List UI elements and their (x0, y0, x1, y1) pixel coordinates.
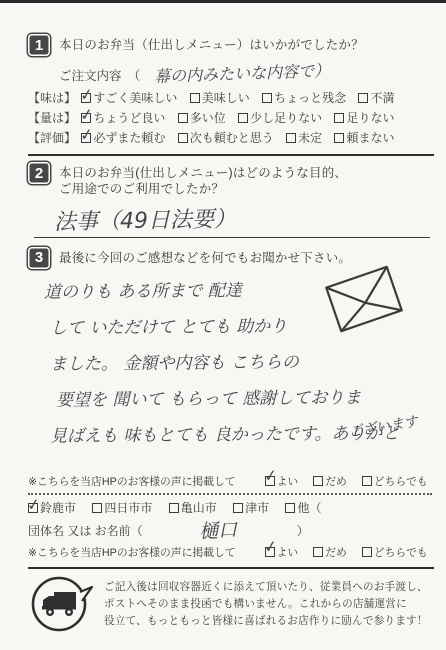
check-mark: ✓ (79, 84, 95, 106)
checkbox[interactable]: ✓ (169, 503, 179, 513)
checkbox[interactable]: ✓ (285, 503, 295, 513)
section-2-badge: 2 (28, 162, 50, 184)
option-label: 頼まない (346, 131, 394, 145)
checkbox[interactable]: ✓ (362, 476, 372, 486)
comment-line: して いただけて とても 助かり (50, 307, 434, 346)
option-label: だめ (325, 547, 347, 559)
checkbox[interactable]: ✓ (313, 476, 323, 486)
checkbox[interactable]: ✓ (92, 503, 102, 513)
checkbox[interactable]: ✓ (358, 93, 368, 103)
publish1-option-yoi[interactable]: ✓よい (265, 476, 299, 488)
section-2-question: 本日のお弁当(仕出しメニュー)はどのような目的、 ご用途でのご利用でしたか？ (59, 162, 347, 198)
publish-consent-row-2: ※こちらを当店HPのお客様の声に掲載して ✓よい ✓だめ ✓どちらでも (28, 545, 434, 561)
comment-handwritten-area[interactable]: 道のりも ある所まで 配達 して いただけて とても 助かり ました。 金額や内… (34, 273, 434, 471)
comment-line: ました。 金額や内容も こちらの (50, 343, 434, 382)
checkbox-option-amount-3[interactable]: ✓少し足りない (238, 111, 322, 125)
option-label: 次も頼むと思う (190, 131, 274, 145)
section-3-question: 最後に今回のご感想などを何でもお聞かせ下さい。 (59, 247, 351, 266)
checkbox[interactable]: ✓ (81, 113, 91, 123)
checkbox[interactable]: ✓ (313, 547, 323, 557)
checkbox-option-rating-3[interactable]: ✓未定 (286, 131, 322, 145)
purpose-handwritten-answer[interactable]: 法事（49日法要） (54, 198, 434, 236)
option-label: 足りない (346, 111, 394, 125)
rating-row: 【評価】 ✓必ずまた頼む ✓次も頼むと思う ✓未定 ✓頼まない (28, 128, 434, 148)
survey-form-page: 1 本日のお弁当（仕出しメニュー）はいかがでしたか？ ご注文内容 （ 幕の内みた… (0, 0, 446, 650)
option-label: 津市 (245, 501, 269, 515)
city-option-tsu[interactable]: ✓津市 (233, 501, 269, 515)
option-label: 四日市市 (104, 501, 152, 515)
order-content-label: ご注文内容 （ (59, 66, 140, 84)
comment-line: 要望を 聞いて もらって 感謝しておりま (56, 379, 434, 418)
check-mark: ✓ (263, 538, 279, 556)
publish2-option-yoi[interactable]: ✓よい (265, 547, 299, 559)
delivery-truck-icon (30, 575, 94, 633)
name-close-paren: ） (297, 520, 309, 542)
option-label: ちょうど良い (93, 111, 165, 125)
taste-row-label: 【味は】 (28, 91, 76, 105)
section-3-badge: 3 (28, 247, 50, 269)
option-label: よい (277, 547, 299, 559)
city-option-yokkaichi[interactable]: ✓四日市市 (92, 501, 152, 515)
scan-edge-line (0, 0, 446, 3)
checkbox-option-amount-4[interactable]: ✓足りない (334, 111, 394, 125)
section-2-header: 2 本日のお弁当(仕出しメニュー)はどのような目的、 ご用途でのご利用でしたか？ (28, 162, 434, 198)
option-label: 美味しい (202, 91, 250, 105)
option-label: すごく美味しい (93, 91, 177, 105)
option-label: 他（ (297, 501, 321, 515)
section-2-question-line2: ご用途でのご利用でしたか？ (59, 182, 224, 196)
checkbox[interactable]: ✓ (265, 476, 275, 486)
publish2-option-dame[interactable]: ✓だめ (313, 547, 347, 559)
checkbox-option-taste-1[interactable]: ✓すごく美味しい (81, 91, 177, 105)
checkbox[interactable]: ✓ (334, 133, 344, 143)
checkbox[interactable]: ✓ (286, 133, 296, 143)
option-label: よい (277, 476, 299, 488)
checkbox[interactable]: ✓ (262, 93, 272, 103)
publish-consent-label: ※こちらを当店HPのお客様の声に掲載して (28, 547, 236, 559)
footer-line-1: ご記入後は回収容器近くに添えて頂いたり、従業員へのお手渡し、 (104, 579, 428, 596)
check-mark: ✓ (263, 467, 279, 485)
check-mark: ✓ (26, 494, 42, 516)
checkbox[interactable]: ✓ (178, 113, 188, 123)
city-option-other[interactable]: ✓他（ (285, 501, 321, 515)
section-divider (28, 154, 434, 156)
residence-city-row: ✓鈴鹿市 ✓四日市市 ✓亀山市 ✓津市 ✓他（ ） (28, 498, 434, 518)
checkbox[interactable]: ✓ (362, 547, 372, 557)
section-1-question: 本日のお弁当（仕出しメニュー）はいかがでしたか？ (59, 34, 364, 53)
option-label: どちらでも (374, 547, 428, 559)
option-label: 未定 (298, 131, 322, 145)
check-mark: ✓ (79, 124, 95, 146)
option-label: 亀山市 (181, 501, 217, 515)
checkbox-option-taste-3[interactable]: ✓ちょっと残念 (262, 91, 346, 105)
checkbox[interactable]: ✓ (265, 547, 275, 557)
option-label: 多い位 (190, 111, 226, 125)
checkbox-option-taste-4[interactable]: ✓不満 (358, 91, 394, 105)
checkbox-option-amount-2[interactable]: ✓多い位 (178, 111, 226, 125)
checkbox[interactable]: ✓ (190, 93, 200, 103)
publish2-option-dochirademo[interactable]: ✓どちらでも (362, 547, 428, 559)
city-option-kameyama[interactable]: ✓亀山市 (169, 501, 217, 515)
name-row: 団体名 又は お名前（ 樋口 ） (28, 520, 434, 542)
option-label: だめ (325, 476, 347, 488)
answer-underline (34, 237, 430, 238)
rating-row-label: 【評価】 (28, 131, 76, 145)
footer-note: ご記入後は回収容器近くに添えて頂いたり、従業員へのお手渡し、 ポストへそのまま投… (28, 575, 434, 633)
comment-line: 道のりも ある所まで 配達 (44, 271, 434, 310)
section-2-question-line1: 本日のお弁当(仕出しメニュー)はどのような目的、 (59, 166, 347, 180)
checkbox-option-rating-4[interactable]: ✓頼まない (334, 131, 394, 145)
option-label: 少し足りない (250, 111, 322, 125)
publish1-option-dame[interactable]: ✓だめ (313, 476, 347, 488)
city-option-suzuka[interactable]: ✓鈴鹿市 (28, 501, 76, 515)
section-1-badge: 1 (28, 34, 50, 56)
order-content-handwritten-answer[interactable]: 幕の内みたいな内容で） (154, 58, 331, 87)
check-mark: ✓ (79, 104, 95, 126)
footer-line-2: ポストへそのまま投函でも構いません。これからの店舗運営に (104, 596, 428, 613)
checkbox[interactable]: ✓ (178, 133, 188, 143)
option-label: どちらでも (374, 476, 428, 488)
order-content-row: ご注文内容 （ 幕の内みたいな内容で） (59, 58, 434, 84)
option-label: ちょっと残念 (274, 91, 346, 105)
footer-message: ご記入後は回収容器近くに添えて頂いたり、従業員へのお手渡し、 ポストへそのまま投… (104, 575, 428, 630)
checkbox[interactable]: ✓ (81, 93, 91, 103)
footer-line-3: 役立て、もっともっと皆様に喜ばれるお店作りに励んで参ります！ (104, 613, 428, 630)
checkbox-option-rating-2[interactable]: ✓次も頼むと思う (178, 131, 274, 145)
option-label: 必ずまた頼む (93, 131, 165, 145)
option-label: 鈴鹿市 (40, 501, 76, 515)
name-row-label: 団体名 又は お名前（ (28, 520, 143, 542)
option-label: 不満 (370, 91, 394, 105)
checkbox[interactable]: ✓ (238, 113, 248, 123)
publish1-option-dochirademo[interactable]: ✓どちらでも (362, 476, 428, 488)
checkbox[interactable]: ✓ (334, 113, 344, 123)
amount-row-label: 【量は】 (28, 111, 76, 125)
checkbox-option-taste-2[interactable]: ✓美味しい (190, 91, 250, 105)
checkbox-option-rating-1[interactable]: ✓必ずまた頼む (81, 131, 165, 145)
section-1-header: 1 本日のお弁当（仕出しメニュー）はいかがでしたか？ (28, 34, 434, 56)
checkbox[interactable]: ✓ (28, 503, 38, 513)
checkbox-option-amount-1[interactable]: ✓ちょうど良い (81, 111, 165, 125)
footer-divider (28, 567, 434, 569)
checkbox[interactable]: ✓ (81, 133, 91, 143)
checkbox[interactable]: ✓ (233, 503, 243, 513)
dotted-divider (28, 493, 432, 495)
name-handwritten-value[interactable]: 樋口 (198, 519, 237, 543)
